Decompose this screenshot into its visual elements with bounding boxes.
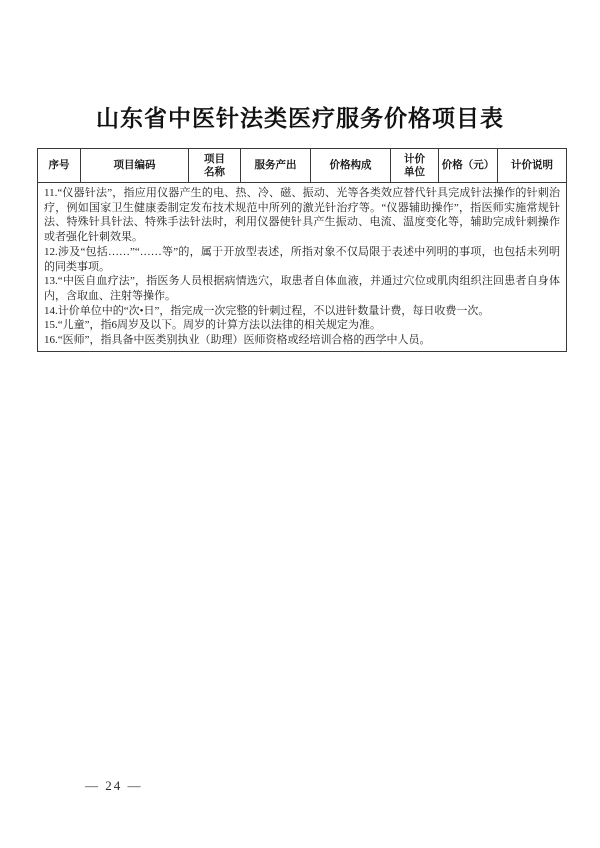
note-item-12: 12.涉及“包括……”“……等”的，属于开放型表述，所指对象不仅局限于表述中列明…	[44, 245, 560, 274]
column-header-label: 项目名称	[202, 153, 226, 179]
column-header-item-name: 项目名称	[189, 149, 241, 183]
document-page: 山东省中医针法类医疗服务价格项目表 序号 项目编码 项目名称	[0, 0, 600, 848]
column-header-item-code: 项目编码	[81, 149, 189, 183]
table-header-row: 序号 项目编码 项目名称 服务产出 价格构成 计价单位 价格（元	[38, 149, 567, 183]
note-item-11: 11.“仪器针法”，指应用仪器产生的电、热、冷、磁、振动、光等各类效应替代针具完…	[44, 186, 560, 245]
column-header-price-yuan: 价格（元）	[439, 149, 498, 183]
column-header-label: 服务产出	[255, 159, 297, 171]
note-item-13: 13.“中医自血疗法”，指医务人员根据病情选穴，取患者自体血液，并通过穴位或肌肉…	[44, 274, 560, 303]
column-header-label: 价格（元）	[442, 159, 495, 171]
price-table: 序号 项目编码 项目名称 服务产出 价格构成 计价单位 价格（元	[37, 148, 567, 352]
page-title: 山东省中医针法类医疗服务价格项目表	[0, 100, 600, 133]
column-header-seq: 序号	[38, 149, 81, 183]
column-header-label: 序号	[49, 159, 70, 171]
column-header-label: 价格构成	[330, 159, 372, 171]
column-header-label: 计价说明	[511, 159, 553, 171]
column-header-label: 计价单位	[402, 153, 426, 179]
notes-cell: 11.“仪器针法”，指应用仪器产生的电、热、冷、磁、振动、光等各类效应替代针具完…	[38, 183, 567, 352]
column-header-price-composition: 价格构成	[311, 149, 391, 183]
note-item-16: 16.“医师”，指具备中医类别执业（助理）医师资格或经培训合格的西学中人员。	[44, 333, 560, 348]
table-notes-row: 11.“仪器针法”，指应用仪器产生的电、热、冷、磁、振动、光等各类效应替代针具完…	[38, 183, 567, 352]
column-header-pricing-note: 计价说明	[498, 149, 567, 183]
note-item-14: 14.计价单位中的“次•日”，指完成一次完整的针刺过程，不以进针数量计费，每日收…	[44, 304, 560, 319]
column-header-service-output: 服务产出	[241, 149, 311, 183]
column-header-label: 项目编码	[114, 159, 156, 171]
column-header-pricing-unit: 计价单位	[391, 149, 439, 183]
note-item-15: 15.“儿童”，指6周岁及以下。周岁的计算方法以法律的相关规定为准。	[44, 318, 560, 333]
page-number: — 24 —	[85, 778, 143, 794]
